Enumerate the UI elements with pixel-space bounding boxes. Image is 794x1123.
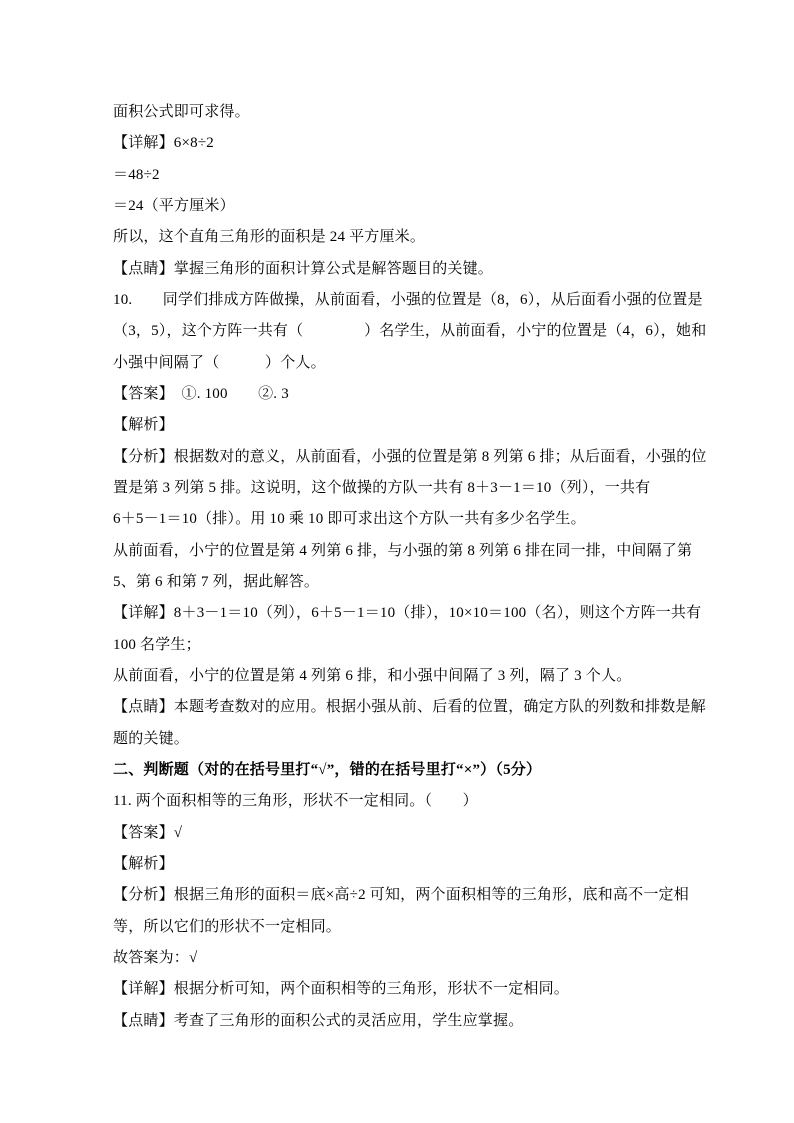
q9-detail-step-1: 【详解】6×8÷2 [113,128,753,159]
q10-analysis-line-5: 5、第 6 和第 7 列，据此解答。 [113,567,753,598]
q11-detail: 【详解】根据分析可知，两个面积相等的三角形，形状不一定相同。 [113,974,753,1005]
q10-analysis-line-1: 【分析】根据数对的意义，从前面看，小强的位置是第 8 列第 6 排；从后面看，小… [113,442,753,473]
q10-analysis-line-2: 置是第 3 列第 5 排。这说明，这个做操的方队一共有 8＋3－1＝10（列），… [113,473,753,504]
q11-summary: 【点睛】考查了三角形的面积公式的灵活应用，学生应掌握。 [113,1006,753,1037]
q11-analysis-line-1: 【分析】根据三角形的面积＝底×高÷2 可知，两个面积相等的三角形，底和高不一定相 [113,880,753,911]
q10-answer: 【答案】 ①. 100 ②. 3 [113,379,753,410]
q10-summary-line-2: 题的关键。 [113,724,753,755]
q10-analysis-line-4: 从前面看，小宁的位置是第 4 列第 6 排，与小强的第 8 列第 6 排在同一排… [113,536,753,567]
q11-explanation-label: 【解析】 [113,849,753,880]
q10-question-line-1: 10. 同学们排成方阵做操，从前面看，小强的位置是（8，6），从后面看小强的位置… [113,285,753,316]
q9-analysis-continuation: 面积公式即可求得。 [113,97,753,128]
q11-answer: 【答案】√ [113,818,753,849]
q9-conclusion: 所以，这个直角三角形的面积是 24 平方厘米。 [113,222,753,253]
q9-detail-step-3: ＝24（平方厘米） [113,191,753,222]
q11-question: 11. 两个面积相等的三角形，形状不一定相同。（ ） [113,786,753,817]
q10-detail-line-3: 从前面看，小宁的位置是第 4 列第 6 排，和小强中间隔了 3 列，隔了 3 个… [113,661,753,692]
q10-question-line-2: （3，5），这个方阵一共有（ ）名学生，从前面看，小宁的位置是（4，6），她和 [113,316,753,347]
q9-summary: 【点睛】掌握三角形的面积计算公式是解答题目的关键。 [113,254,753,285]
document-page: 面积公式即可求得。 【详解】6×8÷2 ＝48÷2 ＝24（平方厘米） 所以，这… [0,0,794,1123]
section-2-heading: 二、判断题（对的在括号里打“√”，错的在括号里打“×”）（5分） [113,755,753,786]
q11-analysis-line-2: 等，所以它们的形状不一定相同。 [113,912,753,943]
q10-analysis-line-3: 6＋5－1＝10（排）。用 10 乘 10 即可求出这个方队一共有多少名学生。 [113,504,753,535]
q9-detail-step-2: ＝48÷2 [113,160,753,191]
q10-question-line-3: 小强中间隔了（ ）个人。 [113,348,753,379]
q10-detail-line-2: 100 名学生； [113,630,753,661]
document-content: 面积公式即可求得。 【详解】6×8÷2 ＝48÷2 ＝24（平方厘米） 所以，这… [113,97,753,1037]
q10-detail-line-1: 【详解】8＋3－1＝10（列），6＋5－1＝10（排），10×10＝100（名）… [113,598,753,629]
q10-explanation-label: 【解析】 [113,410,753,441]
q10-summary-line-1: 【点睛】本题考查数对的应用。根据小强从前、后看的位置，确定方队的列数和排数是解 [113,692,753,723]
q11-analysis-conclusion: 故答案为：√ [113,943,753,974]
